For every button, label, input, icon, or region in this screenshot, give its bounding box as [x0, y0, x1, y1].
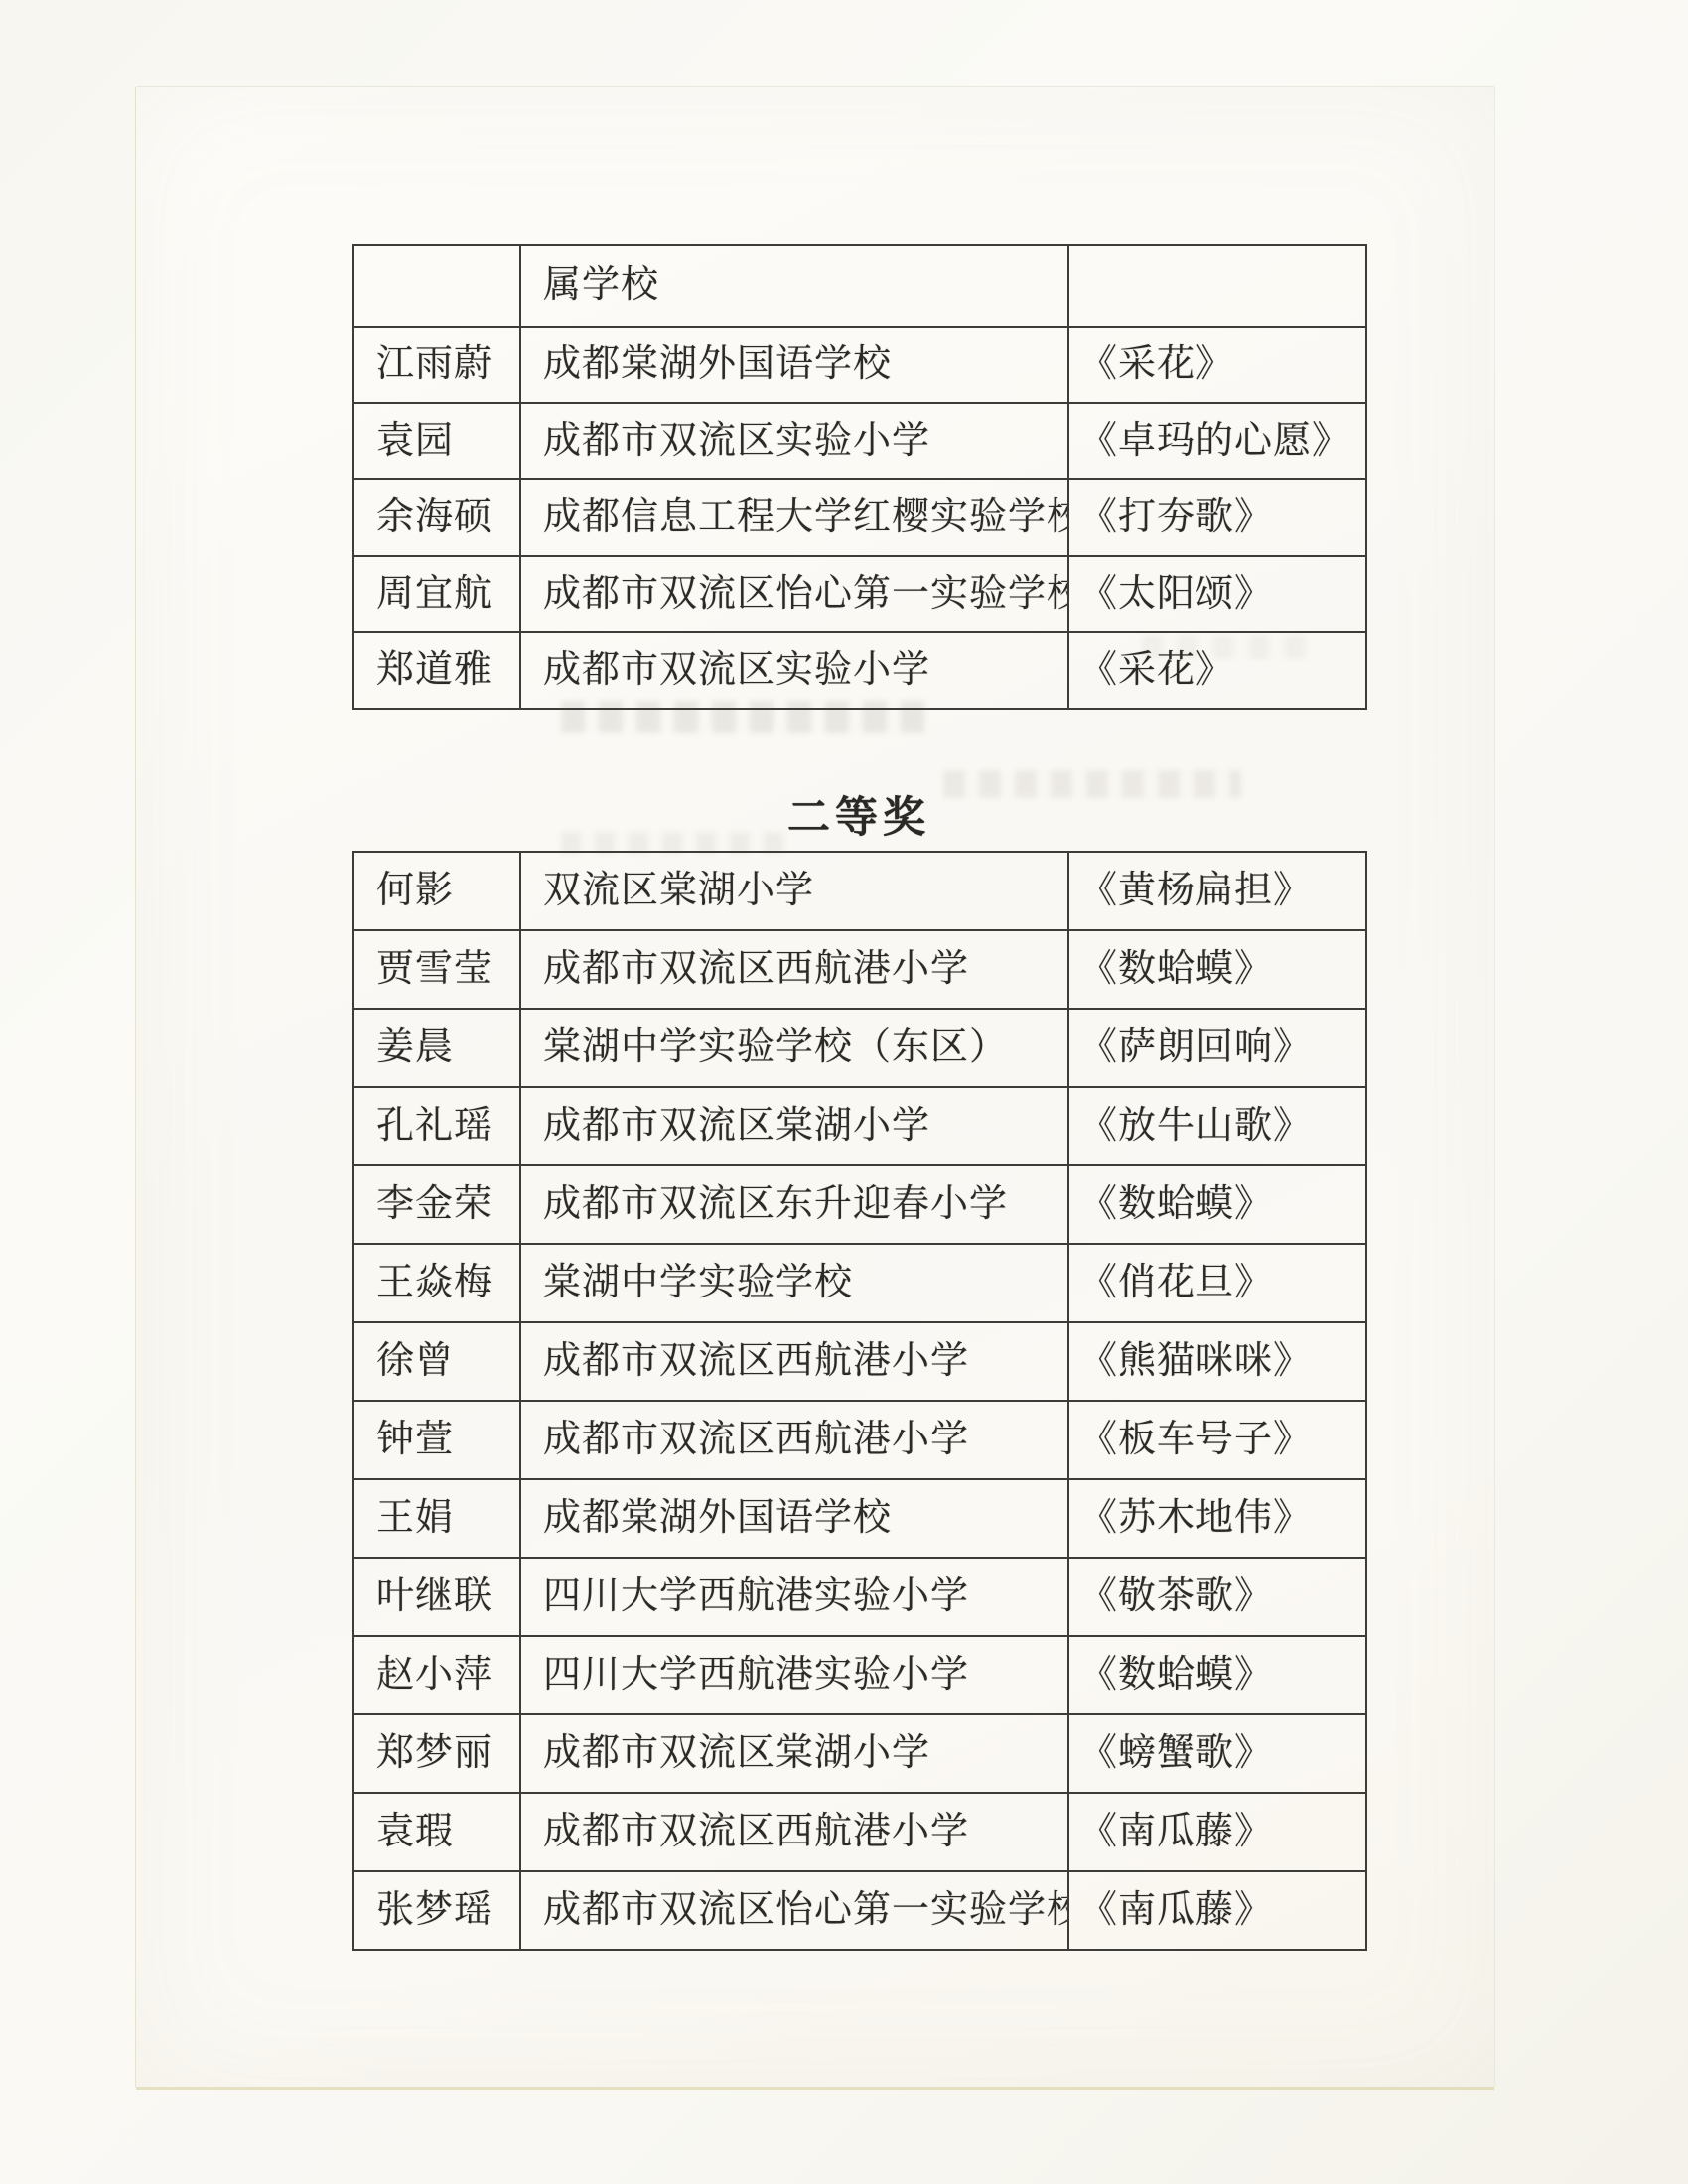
school-cell: 成都棠湖外国语学校: [520, 327, 1068, 403]
song-cell: 《采花》: [1068, 327, 1366, 403]
name-cell: 袁瑕: [353, 1793, 520, 1871]
school-cell: 成都市双流区东升迎春小学: [520, 1165, 1068, 1244]
song-cell: 《熊猫咪咪》: [1068, 1322, 1366, 1401]
school-cell: 成都市双流区西航港小学: [520, 1793, 1068, 1871]
school-cell: 成都市双流区实验小学: [520, 632, 1068, 709]
school-cell: 成都市双流区棠湖小学: [520, 1087, 1068, 1165]
name-cell: 何影: [353, 852, 520, 930]
song-cell: 《南瓜藤》: [1068, 1871, 1366, 1950]
table-row: 姜晨棠湖中学实验学校（东区）《萨朗回响》: [353, 1009, 1366, 1087]
table-row: 袁瑕成都市双流区西航港小学《南瓜藤》: [353, 1793, 1366, 1871]
song-cell: 《数蛤蟆》: [1068, 1636, 1366, 1714]
table-row: 叶继联四川大学西航港实验小学《敬茶歌》: [353, 1558, 1366, 1636]
song-cell: 《苏木地伟》: [1068, 1479, 1366, 1558]
header-cell-school: 属学校: [520, 245, 1068, 327]
table-row: 余海硕成都信息工程大学红樱实验学校《打夯歌》: [353, 479, 1366, 556]
song-cell: 《萨朗回响》: [1068, 1009, 1366, 1087]
song-cell: 《打夯歌》: [1068, 479, 1366, 556]
name-cell: 贾雪莹: [353, 930, 520, 1009]
table-row: 周宜航成都市双流区怡心第一实验学校《太阳颂》: [353, 556, 1366, 632]
table-row: 王焱梅棠湖中学实验学校《俏花旦》: [353, 1244, 1366, 1322]
table-row: 钟萱成都市双流区西航港小学《板车号子》: [353, 1401, 1366, 1479]
name-cell: 袁园: [353, 403, 520, 479]
name-cell: 姜晨: [353, 1009, 520, 1087]
table-row: 王娟成都棠湖外国语学校《苏木地伟》: [353, 1479, 1366, 1558]
school-cell: 棠湖中学实验学校（东区）: [520, 1009, 1068, 1087]
song-cell: 《数蛤蟆》: [1068, 1165, 1366, 1244]
table-row: 何影双流区棠湖小学《黄杨扁担》: [353, 852, 1366, 930]
school-cell: 成都市双流区西航港小学: [520, 1401, 1068, 1479]
song-cell: 《卓玛的心愿》: [1068, 403, 1366, 479]
school-cell: 成都市双流区西航港小学: [520, 930, 1068, 1009]
school-cell: 成都市双流区怡心第一实验学校: [520, 556, 1068, 632]
school-cell: 四川大学西航港实验小学: [520, 1636, 1068, 1714]
song-cell: 《黄杨扁担》: [1068, 852, 1366, 930]
name-cell: 张梦瑶: [353, 1871, 520, 1950]
school-cell: 成都信息工程大学红樱实验学校: [520, 479, 1068, 556]
school-cell: 双流区棠湖小学: [520, 852, 1068, 930]
name-cell: 叶继联: [353, 1558, 520, 1636]
name-cell: 王娟: [353, 1479, 520, 1558]
award-table-first: 属学校 江雨蔚成都棠湖外国语学校《采花》袁园成都市双流区实验小学《卓玛的心愿》余…: [352, 244, 1367, 710]
name-cell: 徐曾: [353, 1322, 520, 1401]
table-header-row: 属学校: [353, 245, 1366, 327]
header-cell-name: [353, 245, 520, 327]
name-cell: 郑道雅: [353, 632, 520, 709]
table-row: 郑道雅成都市双流区实验小学《采花》: [353, 632, 1366, 709]
name-cell: 余海硕: [353, 479, 520, 556]
school-cell: 成都市双流区棠湖小学: [520, 1714, 1068, 1793]
school-cell: 成都棠湖外国语学校: [520, 1479, 1068, 1558]
song-cell: 《南瓜藤》: [1068, 1793, 1366, 1871]
song-cell: 《采花》: [1068, 632, 1366, 709]
name-cell: 赵小萍: [353, 1636, 520, 1714]
table-row: 孔礼瑶成都市双流区棠湖小学《放牛山歌》: [353, 1087, 1366, 1165]
name-cell: 孔礼瑶: [353, 1087, 520, 1165]
song-cell: 《数蛤蟆》: [1068, 930, 1366, 1009]
table-row: 江雨蔚成都棠湖外国语学校《采花》: [353, 327, 1366, 403]
header-cell-song: [1068, 245, 1366, 327]
table-row: 赵小萍四川大学西航港实验小学《数蛤蟆》: [353, 1636, 1366, 1714]
table-row: 袁园成都市双流区实验小学《卓玛的心愿》: [353, 403, 1366, 479]
award-table-second-prize: 何影双流区棠湖小学《黄杨扁担》贾雪莹成都市双流区西航港小学《数蛤蟆》姜晨棠湖中学…: [352, 851, 1367, 1951]
song-cell: 《太阳颂》: [1068, 556, 1366, 632]
table-row: 张梦瑶成都市双流区怡心第一实验学校《南瓜藤》: [353, 1871, 1366, 1950]
table-row: 李金荣成都市双流区东升迎春小学《数蛤蟆》: [353, 1165, 1366, 1244]
section-heading-second-prize: 二等奖: [352, 784, 1365, 845]
school-cell: 成都市双流区实验小学: [520, 403, 1068, 479]
name-cell: 王焱梅: [353, 1244, 520, 1322]
school-cell: 四川大学西航港实验小学: [520, 1558, 1068, 1636]
school-cell: 成都市双流区怡心第一实验学校: [520, 1871, 1068, 1950]
table-row: 贾雪莹成都市双流区西航港小学《数蛤蟆》: [353, 930, 1366, 1009]
name-cell: 钟萱: [353, 1401, 520, 1479]
school-cell: 成都市双流区西航港小学: [520, 1322, 1068, 1401]
school-cell: 棠湖中学实验学校: [520, 1244, 1068, 1322]
scanned-document-page: { "document": { "section_heading": "二等奖"…: [0, 0, 1688, 2184]
name-cell: 李金荣: [353, 1165, 520, 1244]
song-cell: 《敬茶歌》: [1068, 1558, 1366, 1636]
table-row: 徐曾成都市双流区西航港小学《熊猫咪咪》: [353, 1322, 1366, 1401]
table-row: 郑梦丽成都市双流区棠湖小学《螃蟹歌》: [353, 1714, 1366, 1793]
name-cell: 郑梦丽: [353, 1714, 520, 1793]
name-cell: 江雨蔚: [353, 327, 520, 403]
song-cell: 《螃蟹歌》: [1068, 1714, 1366, 1793]
name-cell: 周宜航: [353, 556, 520, 632]
song-cell: 《放牛山歌》: [1068, 1087, 1366, 1165]
song-cell: 《板车号子》: [1068, 1401, 1366, 1479]
song-cell: 《俏花旦》: [1068, 1244, 1366, 1322]
